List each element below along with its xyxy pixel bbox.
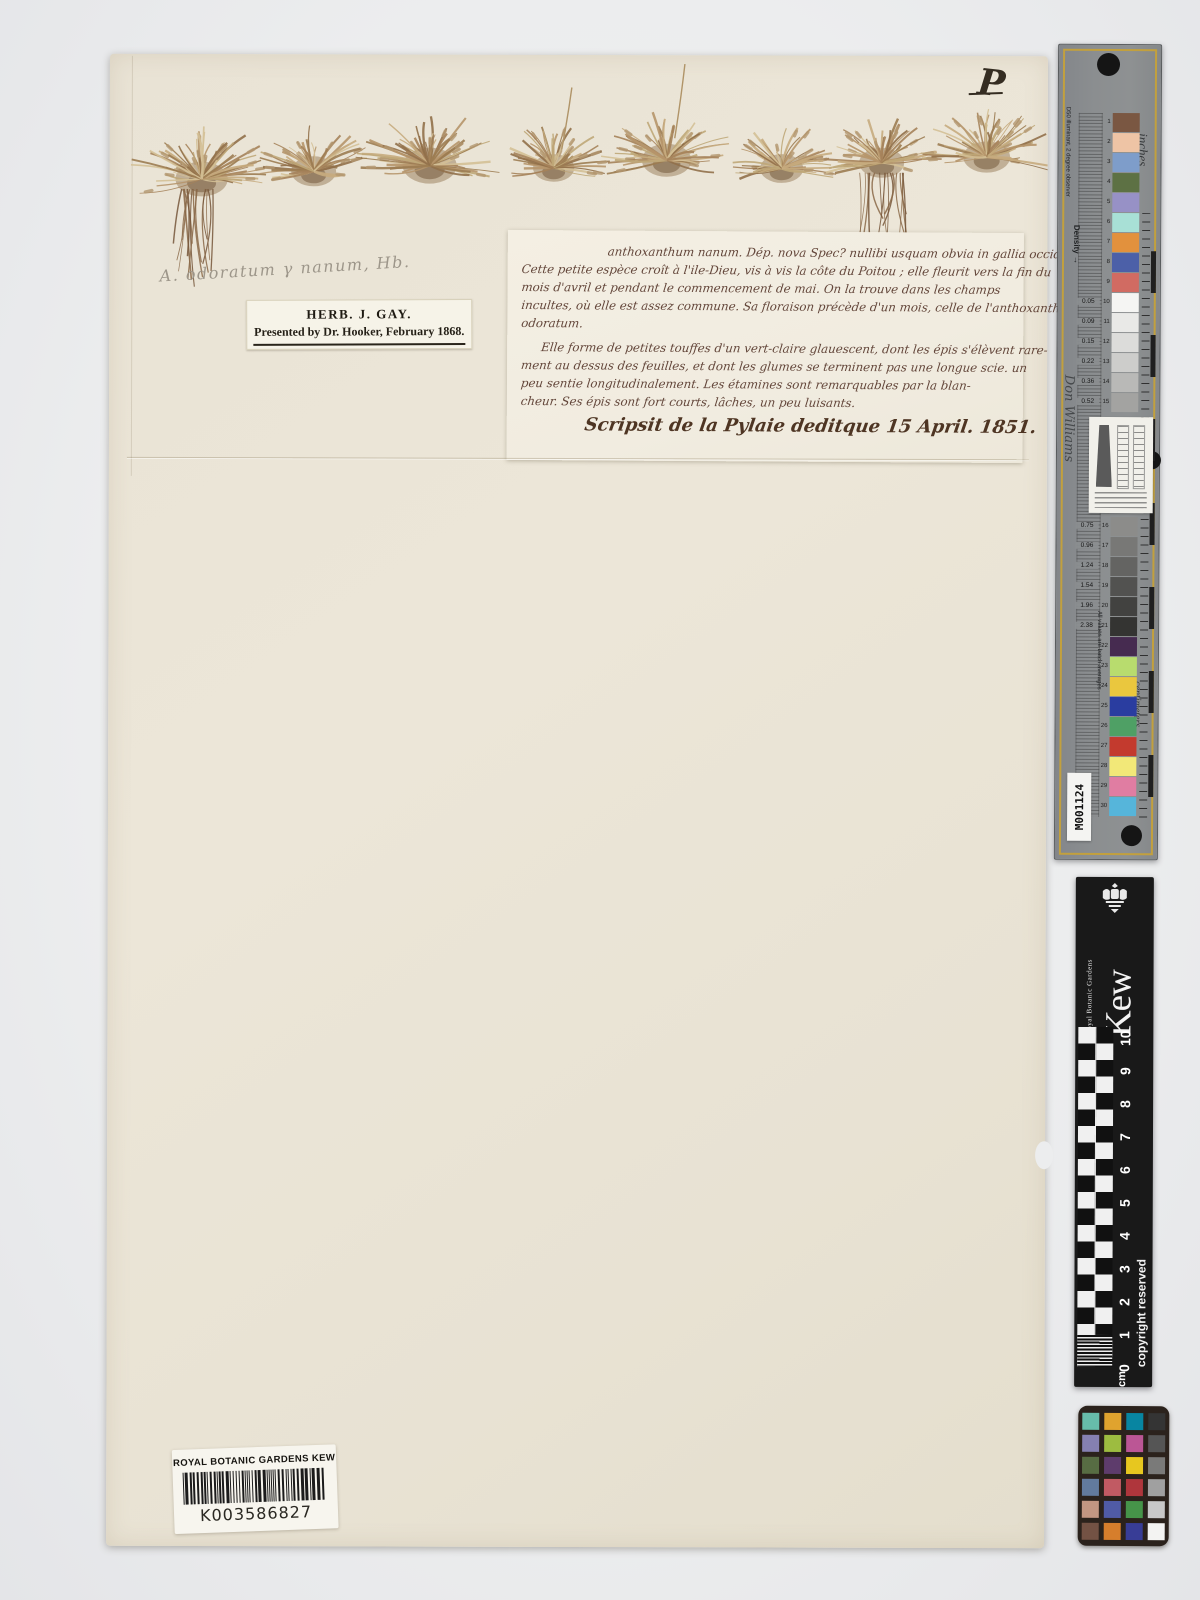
target-patch-number: 18 [1099,563,1108,569]
density-value: 0.22 [1076,358,1099,365]
density-value: 0.36 [1076,378,1099,385]
cm-number: 9 [1117,1060,1133,1082]
target-patch-number: 23 [1099,663,1108,669]
patch-column: 123456789100.05110.09120.15130.22140.361… [1059,45,1161,46]
cm-number: 8 [1117,1093,1133,1115]
checker-patch [1148,1479,1165,1496]
target-patch [1112,293,1139,312]
photo-canvas: P A. odoratum γ nanum, Hb. HERB. J. GAY.… [0,0,1200,1600]
target-patch-number: 20 [1099,603,1108,609]
target-patch-number: 3 [1102,159,1111,165]
specimen-tuft [260,125,367,186]
target-patch-number: 27 [1098,743,1107,749]
target-patch [1110,717,1137,736]
checker-patch [1082,1456,1099,1473]
target-patch [1111,517,1138,536]
target-patch [1112,193,1139,212]
kew-brand-text: Kew [1097,919,1140,1037]
kew-crest-icon [1100,883,1130,915]
target-patch-number: 4 [1101,179,1110,185]
scale-checker-col1 [1077,1027,1095,1367]
target-patch-number: 14 [1100,379,1109,385]
cm-number: 3 [1116,1258,1132,1280]
resolution-scale-2 [1133,425,1145,489]
target-patch [1109,777,1136,796]
checker-patch [1148,1523,1165,1540]
specimen-tuft [601,64,729,177]
registration-dot-top [1097,53,1120,76]
checker-patch [1082,1412,1099,1429]
target-patch-number: 5 [1101,199,1110,205]
target-patch [1110,677,1137,696]
target-patch [1112,233,1139,252]
note-line: cheur. Ses épis sont fort courts, lâches… [520,392,1014,413]
resolution-microtext [1095,492,1147,508]
checker-patch [1148,1413,1165,1430]
checker-patch [1082,1522,1099,1539]
target-patch-number: 1 [1102,119,1111,125]
copyright-label: copyright reserved [1134,1037,1149,1367]
target-patch [1110,617,1137,636]
corner-ink-mark: P [976,61,1007,106]
color-checker-card [1078,1406,1170,1546]
density-value: 0.96 [1075,542,1098,549]
checker-patch [1104,1478,1121,1495]
resolution-wedge [1096,425,1112,487]
cm-number: 6 [1117,1159,1133,1181]
density-value: 0.75 [1076,522,1099,529]
target-patch [1112,253,1139,272]
checker-patch [1126,1413,1143,1430]
checker-patch [1104,1456,1121,1473]
note-paragraph-2: Elle forme de petites touffes d'un vert-… [521,338,1013,413]
specimen-tuft [921,109,1048,173]
target-patch-number: 10 [1101,299,1110,305]
checker-patch [1148,1501,1165,1518]
barcode-bars [183,1468,328,1505]
density-value: 0.52 [1076,398,1099,405]
cm-unit-label: cm [1116,1371,1128,1387]
checker-patch [1126,1457,1143,1474]
cm-number: 4 [1117,1225,1133,1247]
target-patch [1112,273,1139,292]
target-patch [1112,333,1139,352]
target-patch-number: 11 [1101,319,1110,325]
checker-patch [1082,1478,1099,1495]
target-patch [1110,597,1137,616]
target-patch-number: 6 [1101,219,1110,225]
specimen-tuft [733,128,837,183]
checker-patch [1104,1522,1121,1539]
target-patch-number: 13 [1100,359,1109,365]
target-patch-number: 16 [1100,523,1109,529]
cm-number: 2 [1116,1291,1132,1313]
target-patch-number: 24 [1099,683,1108,689]
note-paragraph-1: anthoxanthum nanum. Dép. nova Spec? null… [521,242,1014,335]
maker-signature: Don Williams [1061,375,1076,462]
checker-patch [1082,1500,1099,1517]
cm-number: 10 [1117,1027,1133,1049]
specimen-tuft [510,87,610,182]
checker-patch [1104,1500,1121,1517]
target-patch [1109,797,1136,816]
checker-patch [1148,1435,1165,1452]
kew-org-text: Royal Botanic Gardens [1085,923,1093,1035]
herb-label-title: HERB. J. GAY. [253,306,465,323]
millimeter-hatch [1077,1335,1112,1367]
target-patch-number: 8 [1101,259,1110,265]
target-patch [1111,353,1138,372]
target-patch-number: 29 [1098,783,1107,789]
resolution-target-label [1089,417,1154,513]
registration-dot-bottom [1121,825,1142,846]
target-patch [1110,577,1137,596]
barcode-org-text: ROYAL BOTANIC GARDENS KEW [172,1452,336,1469]
checker-patch [1104,1412,1121,1429]
handwritten-note-slip: anthoxanthum nanum. Dép. nova Spec? null… [506,230,1023,463]
specimen-tuft [356,116,500,184]
target-patch-number: 30 [1098,803,1107,809]
target-patch [1111,393,1138,412]
target-patch [1111,373,1138,392]
density-value: 0.15 [1077,338,1100,345]
target-patch [1110,537,1137,556]
cm-number: 5 [1117,1192,1133,1214]
target-patch [1109,757,1136,776]
paper-tear [1035,1141,1053,1169]
density-value: 2.38 [1075,622,1098,629]
note-signature: Scripsit de la Pylaie deditque 15 April.… [583,414,1014,438]
density-value: 0.09 [1077,318,1100,325]
target-patch-number: 7 [1101,239,1110,245]
target-patch-number: 28 [1098,763,1107,769]
target-patch-number: 21 [1099,623,1108,629]
target-patch-number: 25 [1099,703,1108,709]
checker-patch [1126,1435,1143,1452]
checker-patch [1126,1479,1143,1496]
scale-checker-col2 [1095,1027,1113,1367]
density-value: 1.24 [1075,562,1098,569]
serial-number: M001124 [1073,784,1086,830]
checker-patch [1126,1501,1143,1518]
barcode-label: ROYAL BOTANIC GARDENS KEW K003586827 [172,1444,339,1534]
cm-number: 7 [1117,1126,1133,1148]
kew-scale-bar: Royal Botanic Gardens Kew 109876543210 c… [1074,877,1154,1387]
barcode-number: K003586827 [174,1501,339,1526]
target-patch [1113,113,1140,132]
target-patch [1112,153,1139,172]
density-label: Density → [1072,225,1081,264]
target-patch [1112,173,1139,192]
checker-patch [1126,1523,1143,1540]
checker-patch [1148,1457,1165,1474]
target-patch [1110,697,1137,716]
density-value: 0.05 [1077,298,1100,305]
density-value: 1.96 [1075,602,1098,609]
resolution-scale-1 [1117,425,1129,489]
density-value: 1.54 [1075,582,1098,589]
target-patch [1113,133,1140,152]
target-patch-number: 17 [1099,543,1108,549]
herbarium-printed-label: HERB. J. GAY. Presented by Dr. Hooker, F… [246,299,472,350]
herbarium-sheet: P A. odoratum γ nanum, Hb. HERB. J. GAY.… [106,54,1048,1548]
herb-label-rule [253,343,465,346]
target-patch-number: 9 [1101,279,1110,285]
target-patch [1110,557,1137,576]
checker-patch [1082,1434,1099,1451]
target-patch-number: 22 [1099,643,1108,649]
target-patch [1110,637,1137,656]
target-patch [1112,213,1139,232]
target-patch-number: 26 [1099,723,1108,729]
illuminant-label: D50 illuminant, 2 degree observer [1064,107,1070,197]
color-density-target: inches centimeters D50 illuminant, 2 deg… [1054,44,1162,861]
target-patch [1109,737,1136,756]
target-patch-number: 12 [1101,339,1110,345]
target-patch-number: 2 [1102,139,1111,145]
checker-patch [1104,1434,1121,1451]
serial-number-label: M001124 [1067,773,1091,841]
target-patch [1110,657,1137,676]
target-patch-number: 19 [1099,583,1108,589]
barcode-bar [323,1468,325,1500]
cm-number: 1 [1116,1324,1132,1346]
target-patch-number: 15 [1100,399,1109,405]
target-patch [1112,313,1139,332]
herb-label-subtitle: Presented by Dr. Hooker, February 1868. [253,324,465,340]
note-line: odoratum. [520,314,1014,335]
